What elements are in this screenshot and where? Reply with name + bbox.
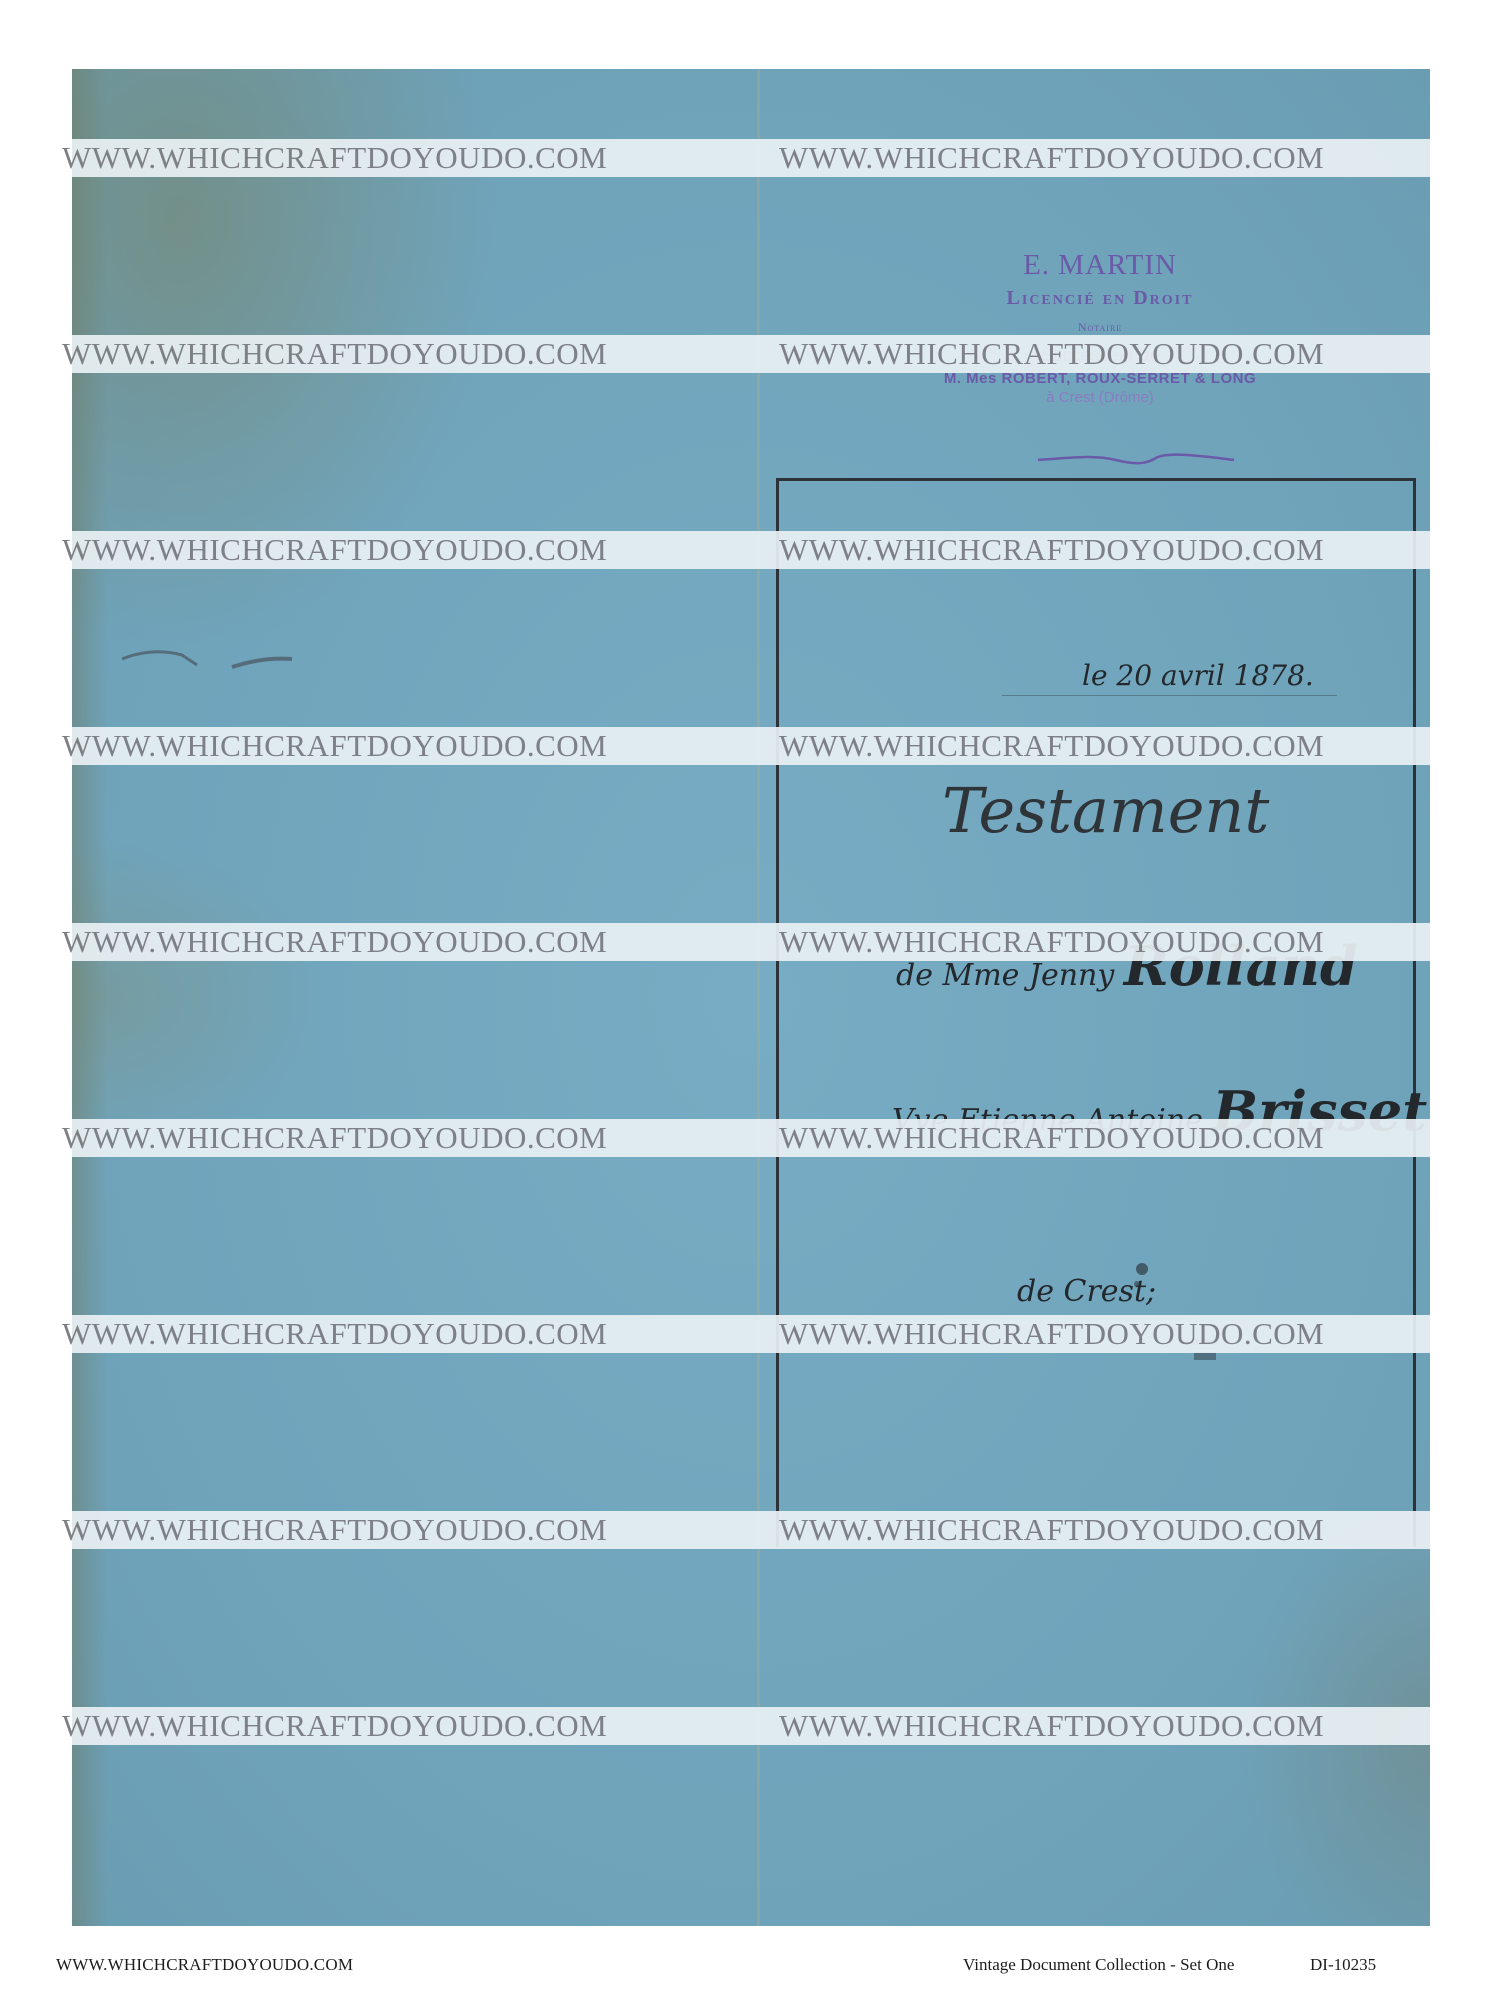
watermark-text: WWW.WHICHCRAFTDOYOUDO.COM: [779, 139, 1324, 177]
notary-stamp: E. MARTIN Licencié en Droit Notaire Succ…: [840, 249, 1360, 406]
watermark-text: WWW.WHICHCRAFTDOYOUDO.COM: [62, 923, 607, 961]
watermark-text: WWW.WHICHCRAFTDOYOUDO.COM: [62, 1511, 607, 1549]
watermark-text: WWW.WHICHCRAFTDOYOUDO.COM: [62, 531, 607, 569]
ink-blot-icon: [1112, 1244, 1232, 1374]
watermark-text: WWW.WHICHCRAFTDOYOUDO.COM: [62, 335, 607, 373]
title-frame: [776, 478, 1416, 1547]
watermark-text: WWW.WHICHCRAFTDOYOUDO.COM: [62, 1119, 607, 1157]
stamp-location: à Crest (Drôme): [840, 389, 1360, 406]
stamp-role: Notaire: [840, 320, 1360, 335]
watermark-text: WWW.WHICHCRAFTDOYOUDO.COM: [62, 139, 607, 177]
watermark-text: WWW.WHICHCRAFTDOYOUDO.COM: [779, 923, 1324, 961]
date-rule: [1002, 695, 1337, 696]
testator-prefix: de Mme Jenny: [896, 958, 1114, 993]
stamp-name: E. MARTIN: [840, 249, 1360, 281]
footer-document-id: DI-10235: [1310, 1955, 1376, 1975]
ink-smudge-icon: [112, 639, 312, 679]
handwritten-date: le 20 avril 1878.: [1082, 659, 1314, 692]
watermark-text: WWW.WHICHCRAFTDOYOUDO.COM: [779, 727, 1324, 765]
watermark-text: WWW.WHICHCRAFTDOYOUDO.COM: [779, 1707, 1324, 1745]
stamp-flourish-icon: [1036, 451, 1236, 467]
handwritten-title: Testament: [942, 774, 1269, 847]
watermark-text: WWW.WHICHCRAFTDOYOUDO.COM: [62, 1707, 607, 1745]
watermark-text: WWW.WHICHCRAFTDOYOUDO.COM: [779, 335, 1324, 373]
footer-site: WWW.WHICHCRAFTDOYOUDO.COM: [56, 1955, 353, 1975]
footer-collection: Vintage Document Collection - Set One: [963, 1955, 1234, 1975]
watermark-text: WWW.WHICHCRAFTDOYOUDO.COM: [779, 1119, 1324, 1157]
stamp-title: Licencié en Droit: [840, 287, 1360, 310]
watermark-text: WWW.WHICHCRAFTDOYOUDO.COM: [779, 531, 1324, 569]
watermark-text: WWW.WHICHCRAFTDOYOUDO.COM: [62, 727, 607, 765]
watermark-text: WWW.WHICHCRAFTDOYOUDO.COM: [62, 1315, 607, 1353]
watermark-text: WWW.WHICHCRAFTDOYOUDO.COM: [779, 1511, 1324, 1549]
watermark-text: WWW.WHICHCRAFTDOYOUDO.COM: [779, 1315, 1324, 1353]
